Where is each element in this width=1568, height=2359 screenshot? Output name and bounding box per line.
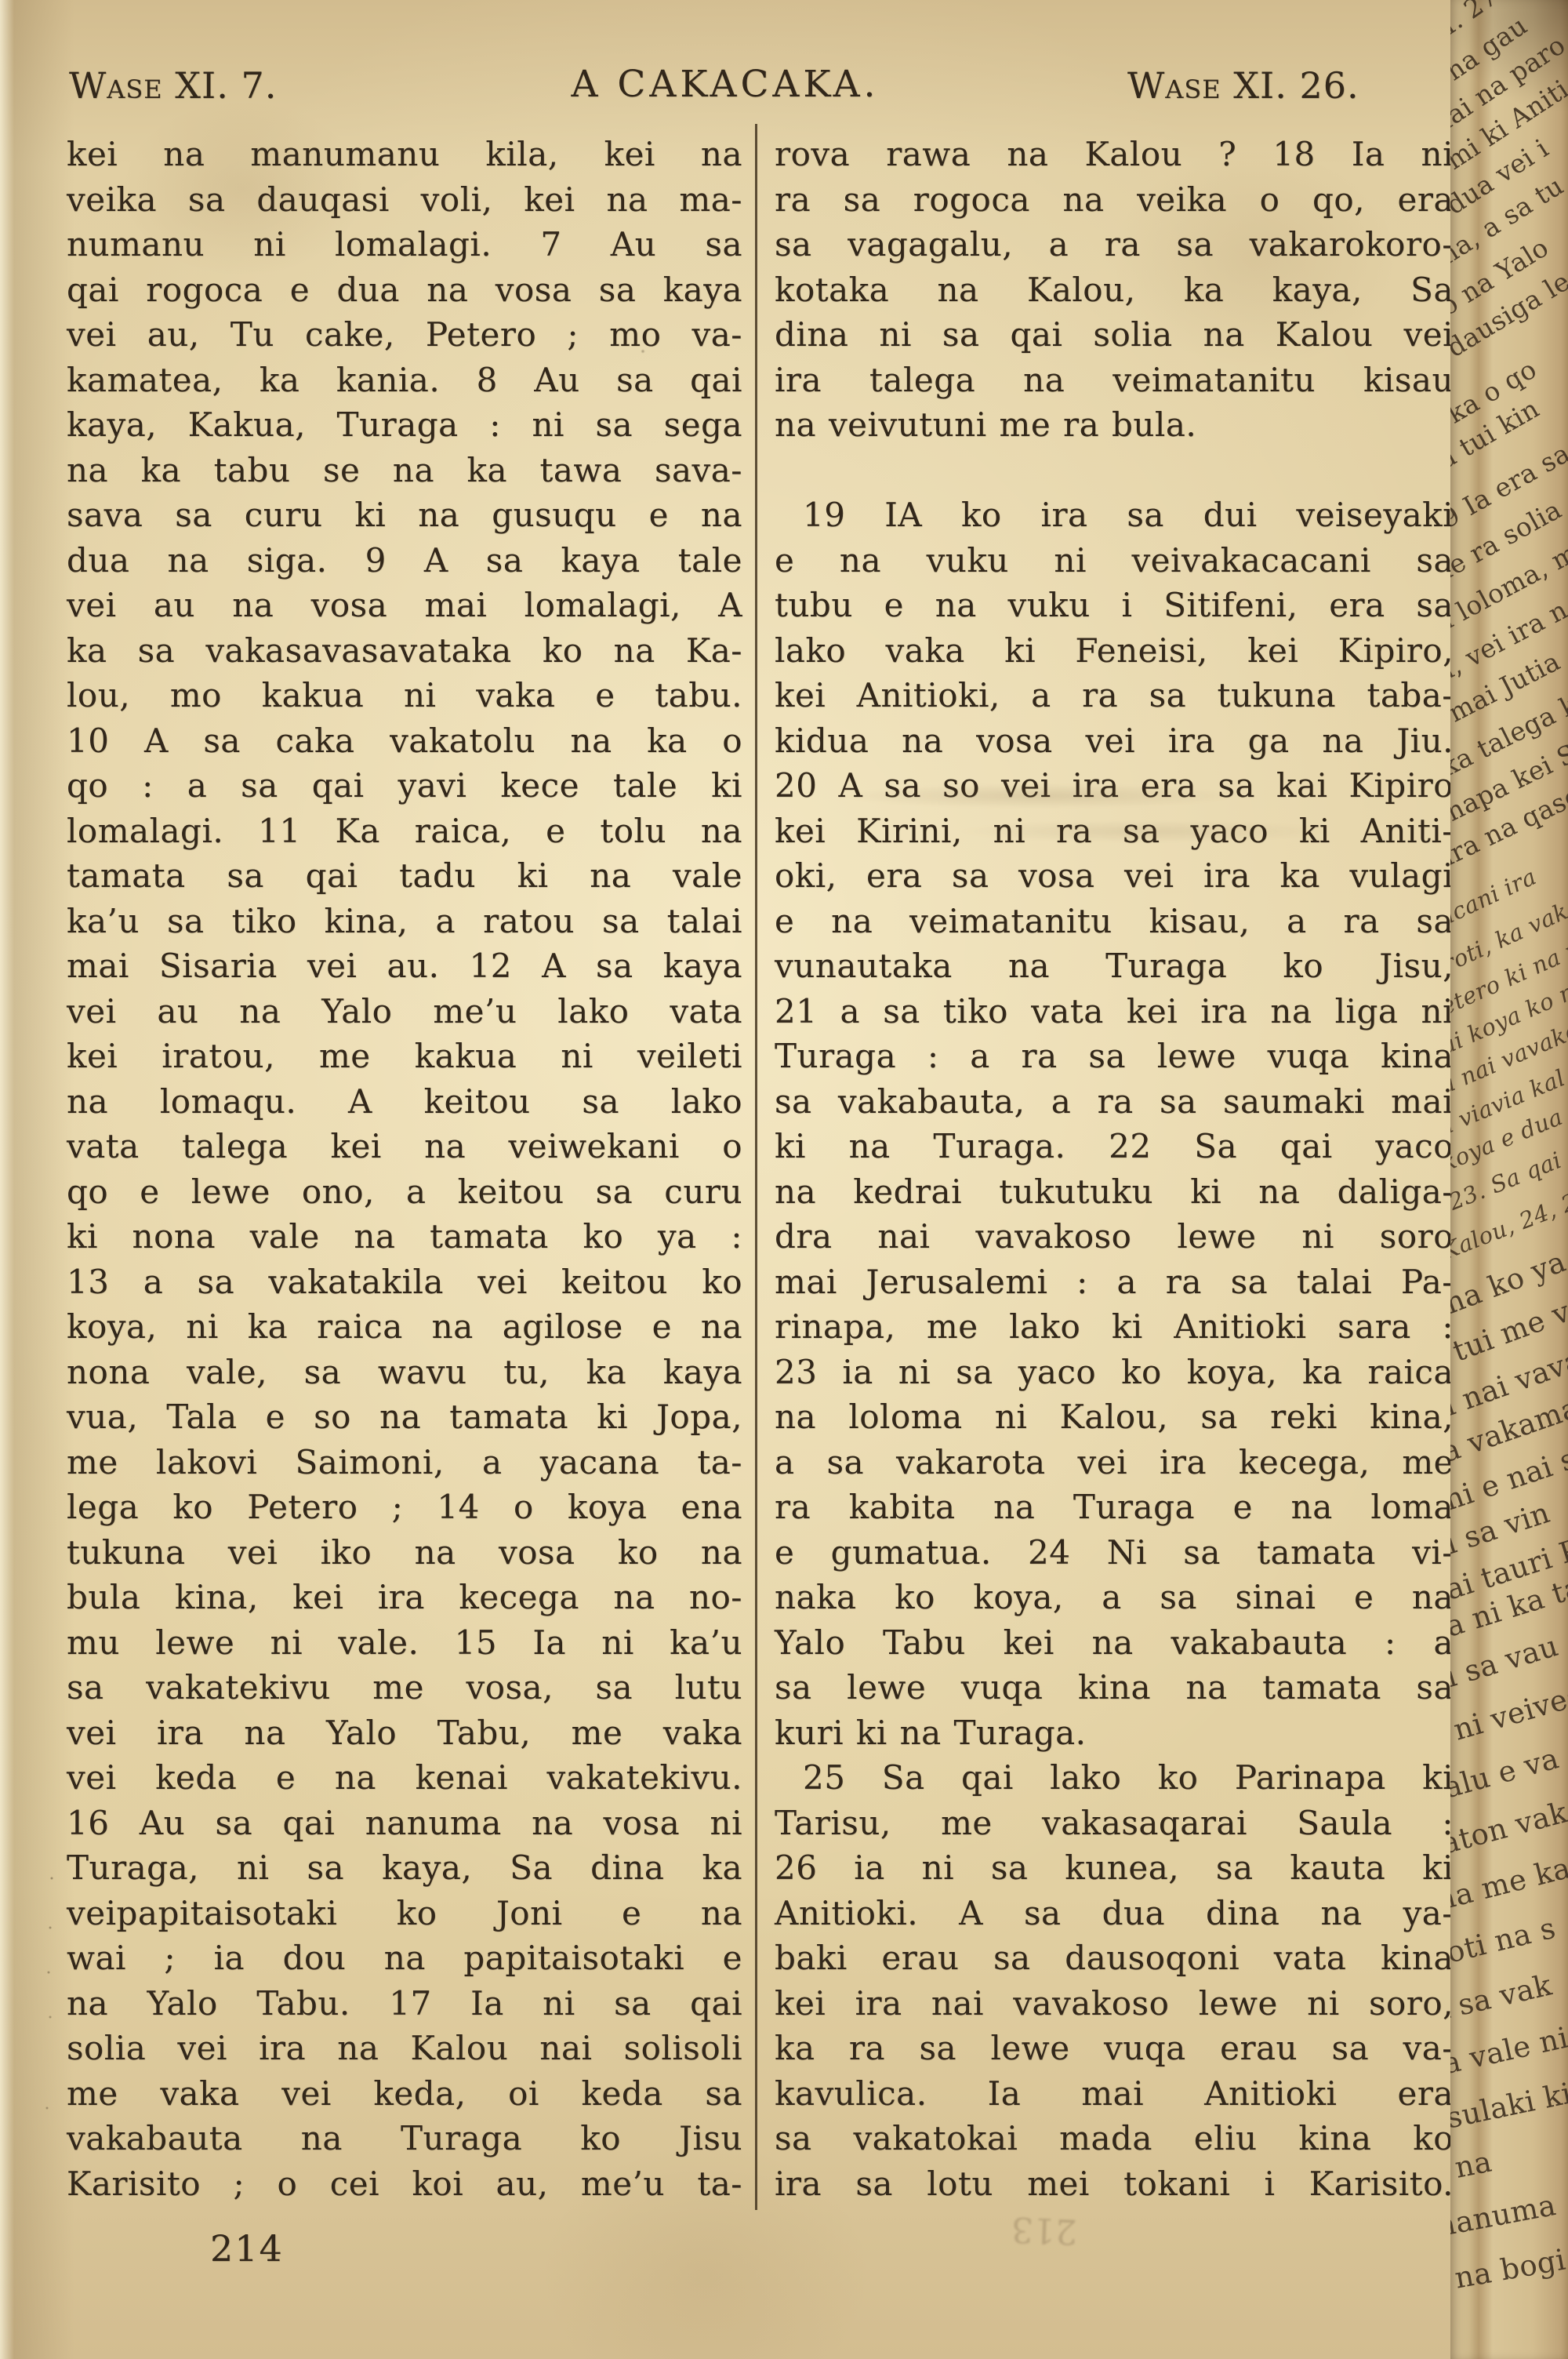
text-line: na kedrai tukutuku ki na daliga- — [775, 1169, 1454, 1215]
text-line: ka ra sa lewe vuqa erau sa va- — [775, 2026, 1454, 2071]
text-line: na lomaqu. A keitou sa lako — [67, 1079, 742, 1125]
text-line: dua na siga. 9 A sa kaya tale — [67, 538, 742, 583]
text-line: qo : a sa qai yavi kece tale ki — [67, 763, 742, 809]
text-line: kamatea, ka kania. 8 Au sa qai — [67, 358, 742, 403]
text-line: 21 a sa tiko vata kei ira na liga ni — [775, 989, 1454, 1034]
text-line: solia vei ira na Kalou nai solisoli — [67, 2026, 742, 2071]
text-line: ki na Turaga. 22 Sa qai yaco — [775, 1124, 1454, 1169]
text-line: e na vuku ni veivakacacani sa — [775, 538, 1454, 583]
text-line: sa lewe vuqa kina na tamata sa — [775, 1665, 1454, 1710]
column-divider-rule — [755, 124, 757, 2210]
text-line: dina ni sa qai solia na Kalou vei — [775, 312, 1454, 358]
text-line: ka’u sa tiko kina, a ratou sa talai — [67, 899, 742, 944]
text-line: ira sa lotu mei tokani i Karisito. — [775, 2161, 1454, 2207]
text-line: kei iratou, me kakua ni veileti — [67, 1034, 742, 1079]
text-line: na Yalo Tabu. 17 Ia ni sa qai — [67, 1981, 742, 2026]
text-line: baki erau sa dausoqoni vata kina — [775, 1936, 1454, 1981]
text-line: kotaka na Kalou, ka kaya, Sa — [775, 267, 1454, 313]
adjacent-page-text-fragment: o na — [1450, 2144, 1495, 2190]
text-line: bula kina, kei ira kecega na no- — [67, 1575, 742, 1620]
text-line: kavulica. Ia mai Anitioki era — [775, 2071, 1454, 2117]
page-number: 214 — [210, 2227, 284, 2270]
text-line: vata talega kei na veiwekani o — [67, 1124, 742, 1169]
text-line: dra nai vavakoso lewe ni soro — [775, 1214, 1454, 1259]
text-line: ra sa rogoca na veika o qo, era — [775, 177, 1454, 223]
text-line: vei au na Yalo me’u lako vata — [67, 989, 742, 1034]
text-line: 23 ia ni sa yaco ko koya, ka raica — [775, 1350, 1454, 1395]
text-line: mai Jerusalemi : a ra sa talai Pa- — [775, 1259, 1454, 1305]
text-line: rinapa, me lako ki Anitioki sara : — [775, 1304, 1454, 1350]
text-line: sa vakatekivu me vosa, sa lutu — [67, 1665, 742, 1710]
text-line: mu lewe ni vale. 15 Ia ni ka’u — [67, 1620, 742, 1666]
text-line: vunautaka na Turaga ko Jisu, — [775, 943, 1454, 989]
text-line: lou, mo kakua ni vaka e tabu. — [67, 673, 742, 718]
text-column-right: rova rawa na Kalou ? 18 Ia nira sa rogoc… — [775, 132, 1454, 2206]
text-line: vei au, Tu cake, Petero ; mo va- — [67, 312, 742, 358]
text-line: vei au na vosa mai lomalagi, A — [67, 583, 742, 628]
text-line: Yalo Tabu kei na vakabauta : a — [775, 1620, 1454, 1666]
text-line: lega ko Petero ; 14 o koya ena — [67, 1485, 742, 1530]
text-line: Anitioki. A sa dua dina na ya- — [775, 1891, 1454, 1936]
text-line: oki, era sa vosa vei ira ka vulagi — [775, 853, 1454, 899]
text-line: ki nona vale na tamata ko ya : — [67, 1214, 742, 1259]
text-line: lako vaka ki Feneisi, kei Kipiro, — [775, 628, 1454, 674]
text-line: nona vale, sa wavu tu, ka kaya — [67, 1350, 742, 1395]
text-line: me vaka vei keda, oi keda sa — [67, 2071, 742, 2117]
ink-showthrough-smudge — [808, 772, 1388, 851]
text-line: mai Sisaria vei au. 12 A sa kaya — [67, 943, 742, 989]
text-line: e na veimatanitu kisau, a ra sa — [775, 899, 1454, 944]
text-line: na ka tabu se na ka tawa sava- — [67, 448, 742, 493]
text-line: vei keda e na kenai vakatekivu. — [67, 1755, 742, 1801]
text-line: 26 ia ni sa kunea, sa kauta ki — [775, 1845, 1454, 1891]
text-line: naka ko koya, a sa sinai e na — [775, 1575, 1454, 1620]
text-line: tukuna vei iko na vosa ko na — [67, 1530, 742, 1576]
text-line: vei ira na Yalo Tabu, me vaka — [67, 1710, 742, 1756]
text-line: kei ira nai vavakoso lewe ni soro, — [775, 1981, 1454, 2026]
text-line: e gumatua. 24 Ni sa tamata vi- — [775, 1530, 1454, 1576]
text-line: 16 Au sa qai nanuma na vosa ni — [67, 1801, 742, 1846]
scanned-book-page: Wase XI. 7. A CAKACAKA. Wase XI. 26. kei… — [0, 0, 1568, 2359]
text-line: kidua na vosa vei ira ga na Jiu. — [775, 718, 1454, 764]
text-line: numanu ni lomalagi. 7 Au sa — [67, 222, 742, 267]
text-line: veika sa dauqasi voli, kei na ma- — [67, 177, 742, 223]
text-line: 19 IA ko ira sa dui veiseyaki — [775, 493, 1454, 538]
text-line: 25 Sa qai lako ko Parinapa ki — [775, 1755, 1454, 1801]
book-title: A CAKACAKA. — [572, 63, 880, 106]
text-line: na loloma ni Kalou, sa reki kina, — [775, 1394, 1454, 1440]
text-line: lomalagi. 11 Ka raica, e tolu na — [67, 809, 742, 854]
running-head: Wase XI. 7. A CAKACAKA. Wase XI. 26. — [0, 64, 1568, 111]
text-line: qo e lewe ono, a keitou sa curu — [67, 1169, 742, 1215]
adjacent-page-text-fragment: i oti na s — [1450, 1911, 1559, 1975]
running-head-right-verse-ref: Wase XI. 26. — [1127, 64, 1359, 107]
adjacent-page-text-fragment: e na bogi e — [1450, 2238, 1568, 2300]
running-head-left-verse-ref: Wase XI. 7. — [69, 64, 277, 107]
text-line: vakabauta na Turaga ko Jisu — [67, 2116, 742, 2161]
text-line: 10 A sa caka vakatolu na ka o — [67, 718, 742, 764]
text-line: Turaga, ni sa kaya, Sa dina ka — [67, 1845, 742, 1891]
adjacent-page-text-fragment: usulaki ki — [1450, 2076, 1568, 2139]
text-line: Turaga : a ra sa lewe vuqa kina — [775, 1034, 1454, 1079]
text-line: veipapitaisotaki ko Joni e na — [67, 1891, 742, 1936]
text-line: a sa vakarota vei ira kecega, me — [775, 1440, 1454, 1485]
text-column-left: kei na manumanu kila, kei naveika sa dau… — [67, 132, 742, 2206]
text-line: ra kabita na Turaga e na loma — [775, 1485, 1454, 1530]
adjacent-page-text-fragment: sa vale ni — [1450, 2020, 1568, 2084]
text-line: me lakovi Saimoni, a yacana ta- — [67, 1440, 742, 1485]
text-line: qai rogoca e dua na vosa sa kaya — [67, 267, 742, 313]
text-line: vua, Tala e so na tamata ki Jopa, — [67, 1394, 742, 1440]
text-line: tamata sa qai tadu ki na vale — [67, 853, 742, 899]
text-line: ka sa vakasavasavataka ko na Ka- — [67, 628, 742, 674]
text-line: sa vakatokai mada eliu kina ko — [775, 2116, 1454, 2161]
text-line: sa vagagalu, a ra sa vakarokoro- — [775, 222, 1454, 267]
text-line: tubu e na vuku i Sitifeni, era sa — [775, 583, 1454, 628]
text-line: Karisito ; o cei koi au, me’u ta- — [67, 2161, 742, 2207]
text-line: Tarisu, me vakasaqarai Saula : — [775, 1801, 1454, 1846]
adjacent-page-text-fragment: manuma — [1450, 2188, 1559, 2245]
text-line: kei na manumanu kila, kei na — [67, 132, 742, 177]
showthrough-page-number: 213 — [1011, 2209, 1078, 2252]
text-line: koya, ni ka raica na agilose e na — [67, 1304, 742, 1350]
text-line: sava sa curu ki na gusuqu e na — [67, 493, 742, 538]
adjacent-page-text-fragment: A sa vak — [1450, 1968, 1555, 2029]
text-line: kei Anitioki, a ra sa tukuna taba- — [775, 673, 1454, 718]
adjacent-page-curled-edge: XI. 27.e na gaumai na parolemi ki Anitie… — [1450, 0, 1568, 2359]
text-line: wai ; ia dou na papitaisotaki e — [67, 1936, 742, 1981]
text-line: sa vakabauta, a ra sa saumaki mai — [775, 1079, 1454, 1125]
text-line: rova rawa na Kalou ? 18 Ia ni — [775, 132, 1454, 177]
text-line: kuri ki na Turaga. — [775, 1710, 1454, 1756]
text-line: kaya, Kakua, Turaga : ni sa sega — [67, 402, 742, 448]
text-line: na veivutuni me ra bula. — [775, 402, 1454, 448]
text-line: 13 a sa vakatakila vei keitou ko — [67, 1259, 742, 1305]
text-line: ira talega na veimatanitu kisau — [775, 358, 1454, 403]
